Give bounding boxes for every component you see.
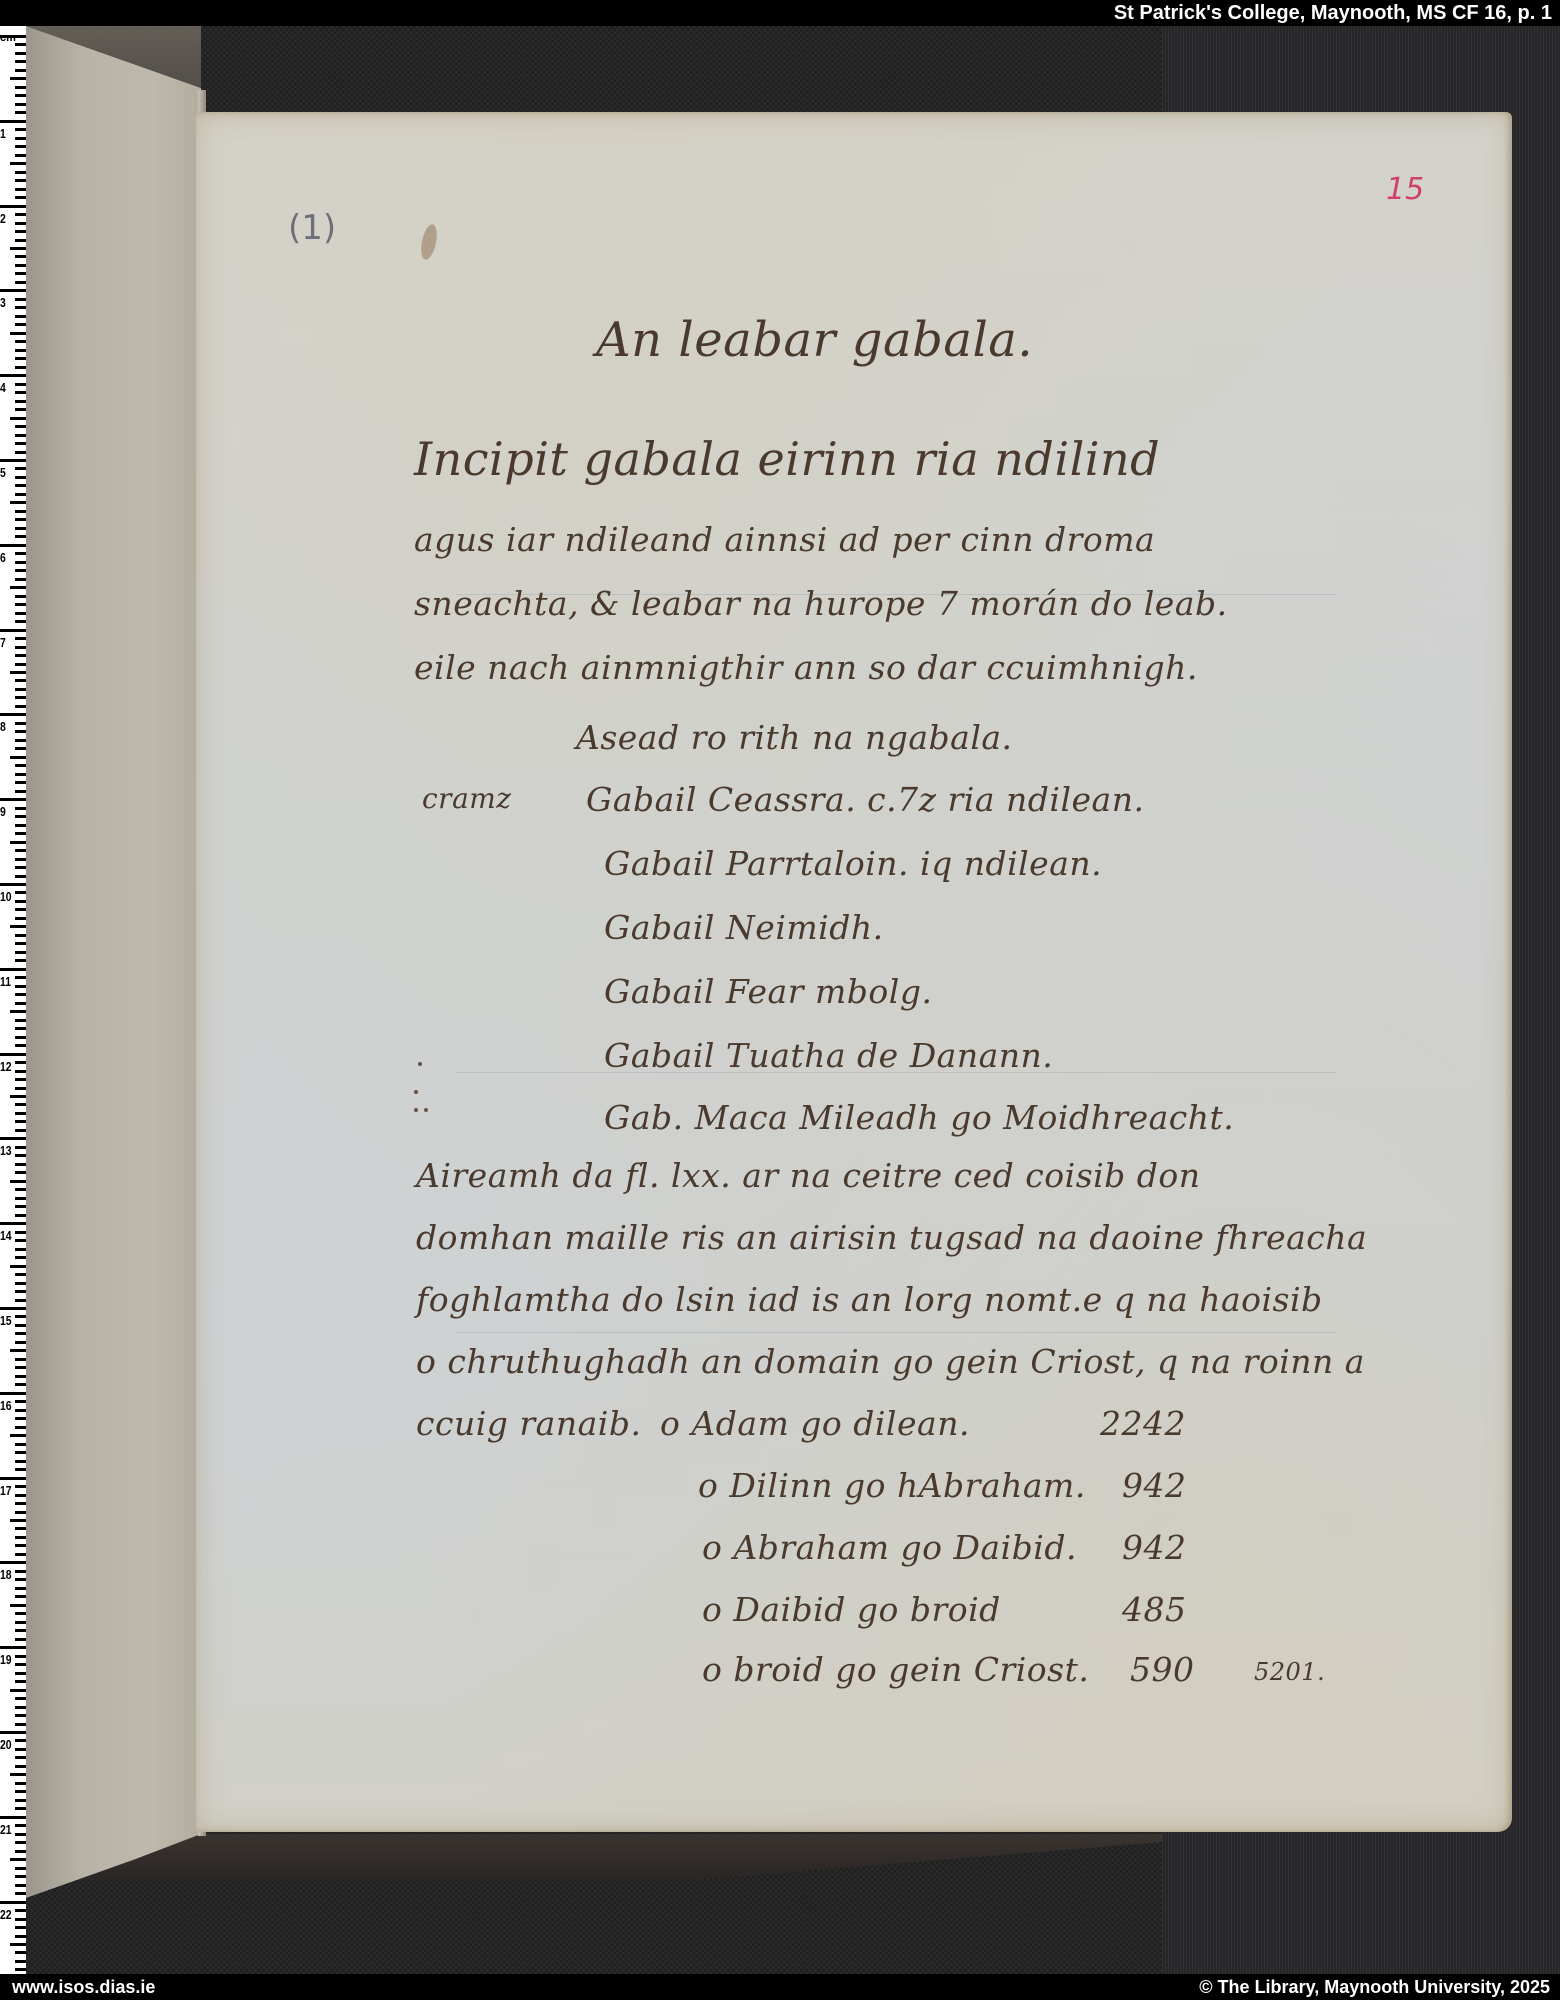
ruler-tick xyxy=(15,154,26,157)
ruler-tick xyxy=(15,1655,26,1658)
ruler-tick xyxy=(0,544,26,547)
ruler-tick xyxy=(15,1697,26,1700)
ruler-tick xyxy=(15,1426,26,1429)
ruler-tick xyxy=(15,807,26,810)
ruler-tick xyxy=(15,1443,26,1446)
invasion-line: Gabail Parrtaloin. iq ndilean. xyxy=(604,844,1102,883)
ruler-tick xyxy=(15,603,26,606)
ruler-tick xyxy=(15,1061,26,1064)
ruler-tick xyxy=(15,1273,26,1276)
ruler-tick xyxy=(15,476,26,479)
ruler-tick xyxy=(15,875,26,878)
ruler-label: 7 xyxy=(0,636,6,650)
ruler-tick xyxy=(15,272,26,275)
ruler-tick xyxy=(10,332,26,335)
book-flyleaf xyxy=(26,26,201,1974)
ruler-label: 4 xyxy=(0,381,6,395)
book-board-bottom xyxy=(26,1834,1162,1880)
ruler-tick xyxy=(15,739,26,742)
ruler-tick xyxy=(15,1002,26,1005)
ruler-tick xyxy=(10,1773,26,1776)
ruler-label: 10 xyxy=(0,890,12,904)
age-label: o Adam go dilean. xyxy=(660,1404,970,1443)
ruler-tick xyxy=(15,976,26,979)
ruler-label: 13 xyxy=(0,1144,12,1158)
ruler-tick xyxy=(15,145,26,148)
ruler-tick xyxy=(15,179,26,182)
ruler-tick xyxy=(15,1214,26,1217)
ruler-tick xyxy=(10,586,26,589)
margin-dot xyxy=(414,1090,418,1094)
chronology-line: domhan maille ris an airisin tugsad na d… xyxy=(416,1218,1367,1257)
ruler-tick xyxy=(15,340,26,343)
chronology-line: o chruthughadh an domain go gein Criost,… xyxy=(416,1342,1365,1381)
ruler-tick xyxy=(15,1570,26,1573)
ruler-tick xyxy=(15,1544,26,1547)
ruler-tick xyxy=(15,790,26,793)
ruler-tick xyxy=(15,1019,26,1022)
ruler-tick xyxy=(15,306,26,309)
ruler-tick xyxy=(15,1629,26,1632)
ruler-tick xyxy=(15,1375,26,1378)
ruler-tick xyxy=(15,103,26,106)
ruler-tick xyxy=(15,1960,26,1963)
invasion-line: Gabail Ceassra. c.7z ria ndilean. xyxy=(586,780,1144,819)
ruler-tick xyxy=(15,213,26,216)
ruler-label: 8 xyxy=(0,720,6,734)
ruler-tick xyxy=(15,1188,26,1191)
ruler-tick xyxy=(15,1417,26,1420)
ruler-tick xyxy=(15,1460,26,1463)
ruler-tick xyxy=(10,841,26,844)
ruled-line xyxy=(456,1332,1336,1333)
ruler-tick xyxy=(15,1951,26,1954)
ruler-tick xyxy=(15,1527,26,1530)
ruler-tick xyxy=(0,374,26,377)
ruler-tick xyxy=(15,1282,26,1285)
ruler-tick xyxy=(15,510,26,513)
ruler-tick xyxy=(15,849,26,852)
ruler-label: 1 xyxy=(0,127,6,141)
ruler-tick xyxy=(15,1400,26,1403)
incipit-line: Incipit gabala eirinn ria ndilind xyxy=(414,432,1160,486)
ruler-tick xyxy=(15,781,26,784)
invasion-line: Gabail Tuatha de Danann. xyxy=(604,1036,1053,1075)
ruler-tick xyxy=(15,1197,26,1200)
ruler-tick xyxy=(15,1621,26,1624)
document-title: St Patrick's College, Maynooth, MS CF 16… xyxy=(1114,1,1552,25)
ruler-tick xyxy=(15,832,26,835)
ruler-tick xyxy=(15,527,26,530)
margin-dot xyxy=(414,1108,418,1112)
ruler-tick xyxy=(0,629,26,632)
age-years: 942 xyxy=(1122,1528,1187,1567)
ruler-tick xyxy=(15,111,26,114)
ruler-label: 16 xyxy=(0,1399,12,1413)
ruler-tick xyxy=(10,1519,26,1522)
ruler-tick xyxy=(15,94,26,97)
ruler-label: 18 xyxy=(0,1568,12,1582)
ruler-label: 15 xyxy=(0,1314,12,1328)
manuscript-page: (1) 15 An leabar gabala. Incipit gabala … xyxy=(196,112,1512,1832)
ruler-tick xyxy=(15,1383,26,1386)
ruler-tick xyxy=(15,1332,26,1335)
ruler-tick xyxy=(15,646,26,649)
ruler-tick xyxy=(15,1706,26,1709)
margin-dot xyxy=(424,1108,428,1112)
ruler-tick xyxy=(0,1646,26,1649)
ruler-tick xyxy=(15,1926,26,1929)
ruler-tick xyxy=(15,1256,26,1259)
margin-dot xyxy=(418,1062,422,1066)
ruler-tick xyxy=(15,1884,26,1887)
ruler-tick xyxy=(10,1180,26,1183)
ruler-tick xyxy=(15,934,26,937)
ruler-tick xyxy=(15,493,26,496)
pencil-page-number: (1) xyxy=(288,208,336,248)
ruler-tick xyxy=(0,1561,26,1564)
ruler-tick xyxy=(15,434,26,437)
ruler-tick xyxy=(15,1765,26,1768)
ruler-tick xyxy=(15,1451,26,1454)
ruler-label: 17 xyxy=(0,1484,12,1498)
ruler-tick xyxy=(15,891,26,894)
folio-number: 15 xyxy=(1386,172,1424,207)
ruler-tick xyxy=(15,1663,26,1666)
ruler-tick xyxy=(15,230,26,233)
ruler-tick xyxy=(15,1468,26,1471)
ruler-label: 9 xyxy=(0,805,6,819)
copyright-notice: © The Library, Maynooth University, 2025 xyxy=(1199,1976,1550,1998)
ruler-tick xyxy=(15,1036,26,1039)
ruler-tick xyxy=(15,1146,26,1149)
age-years: 590 xyxy=(1130,1650,1195,1689)
ruler-label: 20 xyxy=(0,1738,12,1752)
age-label: o broid go gein Criost. xyxy=(702,1650,1089,1689)
invasion-line: Gab. Maca Mileadh go Moidhreacht. xyxy=(604,1098,1234,1137)
chronology-line: foghlamtha do lsin iad is an lorg nomt.e… xyxy=(416,1280,1323,1319)
scan-background: (1) 15 An leabar gabala. Incipit gabala … xyxy=(26,26,1560,1974)
ruler-tick xyxy=(15,1494,26,1497)
ruler-tick xyxy=(15,985,26,988)
ruler-tick xyxy=(15,1578,26,1581)
ruler-tick xyxy=(15,1850,26,1853)
ruler-tick xyxy=(15,1756,26,1759)
manuscript-title: An leabar gabala. xyxy=(596,312,1033,368)
ruler-tick xyxy=(15,730,26,733)
ruler-tick xyxy=(10,1943,26,1946)
ruler-tick xyxy=(0,289,26,292)
ruler-tick xyxy=(15,408,26,411)
ruler-tick xyxy=(15,1502,26,1505)
ruler-tick xyxy=(0,1392,26,1395)
ruler-tick xyxy=(15,1366,26,1369)
ruler-tick xyxy=(15,1841,26,1844)
margin-note: cramz xyxy=(422,782,512,815)
ruler-tick xyxy=(0,205,26,208)
ruler-tick xyxy=(15,722,26,725)
ruler-tick xyxy=(15,1290,26,1293)
ruler-tick xyxy=(0,120,26,123)
ruler-label: 6 xyxy=(0,551,6,565)
ruler-tick xyxy=(15,900,26,903)
ruler-label: 11 xyxy=(0,975,11,989)
ruler-tick xyxy=(15,1867,26,1870)
ruler-tick xyxy=(10,77,26,80)
ruler-tick xyxy=(15,281,26,284)
ruler-tick xyxy=(15,391,26,394)
ruler-tick xyxy=(10,1604,26,1607)
ruler-tick xyxy=(15,637,26,640)
ruler-tick xyxy=(15,1299,26,1302)
age-years: 2242 xyxy=(1100,1404,1186,1443)
ruler-tick xyxy=(0,798,26,801)
ruler-tick xyxy=(0,35,26,38)
ruler-tick xyxy=(15,357,26,360)
ruler-unit: cm xyxy=(0,32,16,44)
ruler-tick xyxy=(10,162,26,165)
ruler-tick xyxy=(15,552,26,555)
ruler-tick xyxy=(15,196,26,199)
invasion-line: Gabail Neimidh. xyxy=(604,908,884,947)
ruler-tick xyxy=(10,1265,26,1268)
ruler-tick xyxy=(15,484,26,487)
ruler-tick xyxy=(0,968,26,971)
ruler-tick xyxy=(0,883,26,886)
age-label: o Abraham go Daibid. xyxy=(702,1528,1077,1567)
ruler-tick xyxy=(15,773,26,776)
age-years: 485 xyxy=(1122,1590,1187,1629)
ruler-tick xyxy=(15,60,26,63)
ruler-tick xyxy=(15,1892,26,1895)
ruler-tick xyxy=(15,128,26,131)
ruler-tick xyxy=(15,1129,26,1132)
invasion-line: Gabail Fear mbolg. xyxy=(604,972,932,1011)
ruler-tick xyxy=(15,1807,26,1810)
ruler-tick xyxy=(15,942,26,945)
ruler-tick xyxy=(15,858,26,861)
ruler-tick xyxy=(15,1638,26,1641)
ruler-tick xyxy=(10,417,26,420)
ruler-tick xyxy=(15,663,26,666)
ruler-tick xyxy=(10,1349,26,1352)
ruler-tick xyxy=(15,43,26,46)
ruler-tick xyxy=(15,1553,26,1556)
ruler-tick xyxy=(15,239,26,242)
age-label: o Dilinn go hAbraham. xyxy=(698,1466,1086,1505)
measurement-ruler: cm 12345678910111213141516171819202122 xyxy=(0,26,26,1974)
intro-line: agus iar ndileand ainnsi ad per cinn dro… xyxy=(414,520,1155,559)
ruler-label: 5 xyxy=(0,466,6,480)
ruler-tick xyxy=(0,1137,26,1140)
ruler-tick xyxy=(15,1078,26,1081)
ruler-tick xyxy=(15,1027,26,1030)
ruler-tick xyxy=(15,1409,26,1412)
ruler-tick xyxy=(15,1120,26,1123)
ruler-tick xyxy=(0,1901,26,1904)
ruler-tick xyxy=(0,1222,26,1225)
ruler-tick xyxy=(15,993,26,996)
ruler-tick xyxy=(15,620,26,623)
ruler-tick xyxy=(15,52,26,55)
ruler-tick xyxy=(15,315,26,318)
ruler-tick xyxy=(15,1044,26,1047)
ruler-tick xyxy=(15,1315,26,1318)
ruler-tick xyxy=(15,917,26,920)
ruler-tick xyxy=(15,1723,26,1726)
ruler-tick xyxy=(15,1680,26,1683)
ruler-label: 14 xyxy=(0,1229,12,1243)
ruler-tick xyxy=(15,1595,26,1598)
ruler-tick xyxy=(15,824,26,827)
footer-bar: www.isos.dias.ie © The Library, Maynooth… xyxy=(0,1974,1560,2000)
ruler-tick xyxy=(15,349,26,352)
ruler-tick xyxy=(15,1782,26,1785)
ruler-tick xyxy=(15,467,26,470)
ruler-tick xyxy=(15,69,26,72)
ruler-tick xyxy=(15,1875,26,1878)
age-label: o Daibid go broid xyxy=(702,1590,1001,1629)
ruler-tick xyxy=(15,1358,26,1361)
ruler-tick xyxy=(15,1103,26,1106)
ruler-tick xyxy=(15,1909,26,1912)
ruler-tick xyxy=(15,764,26,767)
chronology-line: Aireamh da fl. lxx. ar na ceitre ced coi… xyxy=(416,1156,1201,1195)
ruler-tick xyxy=(15,400,26,403)
ruler-tick xyxy=(10,247,26,250)
ruler-tick xyxy=(15,561,26,564)
ruler-tick xyxy=(15,1536,26,1539)
ruler-tick xyxy=(15,1824,26,1827)
ruler-label: 21 xyxy=(0,1823,12,1837)
ruler-tick xyxy=(0,713,26,716)
ruler-tick xyxy=(15,908,26,911)
ruler-tick xyxy=(10,1095,26,1098)
ruler-tick xyxy=(15,222,26,225)
ruler-tick xyxy=(15,1087,26,1090)
ruler-tick xyxy=(15,866,26,869)
ruler-tick xyxy=(15,578,26,581)
ruler-tick xyxy=(15,1714,26,1717)
ruler-tick xyxy=(15,264,26,267)
intro-line: sneachta, & leabar na hurope 7 morán do … xyxy=(414,584,1228,623)
ruler-tick xyxy=(15,688,26,691)
ruler-tick xyxy=(0,1307,26,1310)
ruler-tick xyxy=(15,1935,26,1938)
ruler-tick xyxy=(10,1010,26,1013)
ruler-tick xyxy=(10,1434,26,1437)
header-bar: St Patrick's College, Maynooth, MS CF 16… xyxy=(0,0,1560,26)
ruler-tick xyxy=(15,298,26,301)
ruler-tick xyxy=(15,1231,26,1234)
ruler-tick xyxy=(15,747,26,750)
ruler-tick xyxy=(15,1511,26,1514)
ruler-tick xyxy=(15,535,26,538)
website-link[interactable]: www.isos.dias.ie xyxy=(12,1976,155,1998)
ruler-tick xyxy=(15,696,26,699)
ink-stain xyxy=(418,223,439,261)
ruler-tick xyxy=(0,1816,26,1819)
ruler-tick xyxy=(10,1858,26,1861)
ruler-label: 3 xyxy=(0,296,6,310)
ruler-tick xyxy=(15,1790,26,1793)
ruler-tick xyxy=(15,569,26,572)
ruler-tick xyxy=(15,1739,26,1742)
ruler-tick xyxy=(15,1918,26,1921)
ruler-tick xyxy=(15,1799,26,1802)
ruler-label: 12 xyxy=(0,1060,12,1074)
ruler-tick xyxy=(0,1731,26,1734)
ruler-tick xyxy=(15,366,26,369)
ruler-tick xyxy=(15,137,26,140)
ruler-tick xyxy=(15,425,26,428)
ruler-tick xyxy=(15,1612,26,1615)
ruler-tick xyxy=(15,1239,26,1242)
ruler-tick xyxy=(10,925,26,928)
ruler-tick xyxy=(15,255,26,258)
chronology-line: ccuig ranaib. xyxy=(416,1404,641,1443)
ruler-tick xyxy=(15,654,26,657)
ruler-tick xyxy=(15,86,26,89)
ruler-tick xyxy=(15,518,26,521)
ruler-label: 22 xyxy=(0,1908,12,1922)
ruler-tick xyxy=(15,451,26,454)
ruler-tick xyxy=(15,1112,26,1115)
ruler-tick xyxy=(15,442,26,445)
ruler-label: 19 xyxy=(0,1653,12,1667)
ruler-tick xyxy=(0,459,26,462)
ruler-tick xyxy=(15,383,26,386)
ruler-tick xyxy=(15,1154,26,1157)
ruler-tick xyxy=(15,951,26,954)
ruler-tick xyxy=(15,679,26,682)
ruler-tick xyxy=(0,1053,26,1056)
ruler-tick xyxy=(10,671,26,674)
ruler-tick xyxy=(15,1672,26,1675)
ruler-tick xyxy=(15,705,26,708)
ruler-tick xyxy=(15,323,26,326)
age-years: 942 xyxy=(1122,1466,1187,1505)
ruler-tick xyxy=(15,1485,26,1488)
ruler-tick xyxy=(15,1171,26,1174)
ruler-tick xyxy=(15,1163,26,1166)
age-total: 5201. xyxy=(1254,1658,1325,1686)
ruler-tick xyxy=(15,1205,26,1208)
ruler-tick xyxy=(15,1587,26,1590)
ruler-tick xyxy=(15,612,26,615)
intro-line: eile nach ainmnigthir ann so dar ccuimhn… xyxy=(414,648,1198,687)
subheading: Asead ro rith na ngabala. xyxy=(576,718,1013,757)
ruler-tick xyxy=(10,501,26,504)
ruler-tick xyxy=(15,1341,26,1344)
ruler-tick xyxy=(15,1070,26,1073)
ruler-tick xyxy=(15,595,26,598)
ruler-tick xyxy=(15,959,26,962)
ruler-tick xyxy=(10,756,26,759)
ruler-tick xyxy=(15,171,26,174)
ruler-label: 2 xyxy=(0,212,6,226)
ruler-tick xyxy=(15,1833,26,1836)
ruler-tick xyxy=(15,188,26,191)
ruler-tick xyxy=(15,1324,26,1327)
ruler-tick xyxy=(10,1689,26,1692)
ruler-tick xyxy=(15,815,26,818)
ruler-tick xyxy=(0,1477,26,1480)
ruler-tick xyxy=(15,1968,26,1971)
ruler-tick xyxy=(15,1248,26,1251)
ruler-tick xyxy=(15,1748,26,1751)
